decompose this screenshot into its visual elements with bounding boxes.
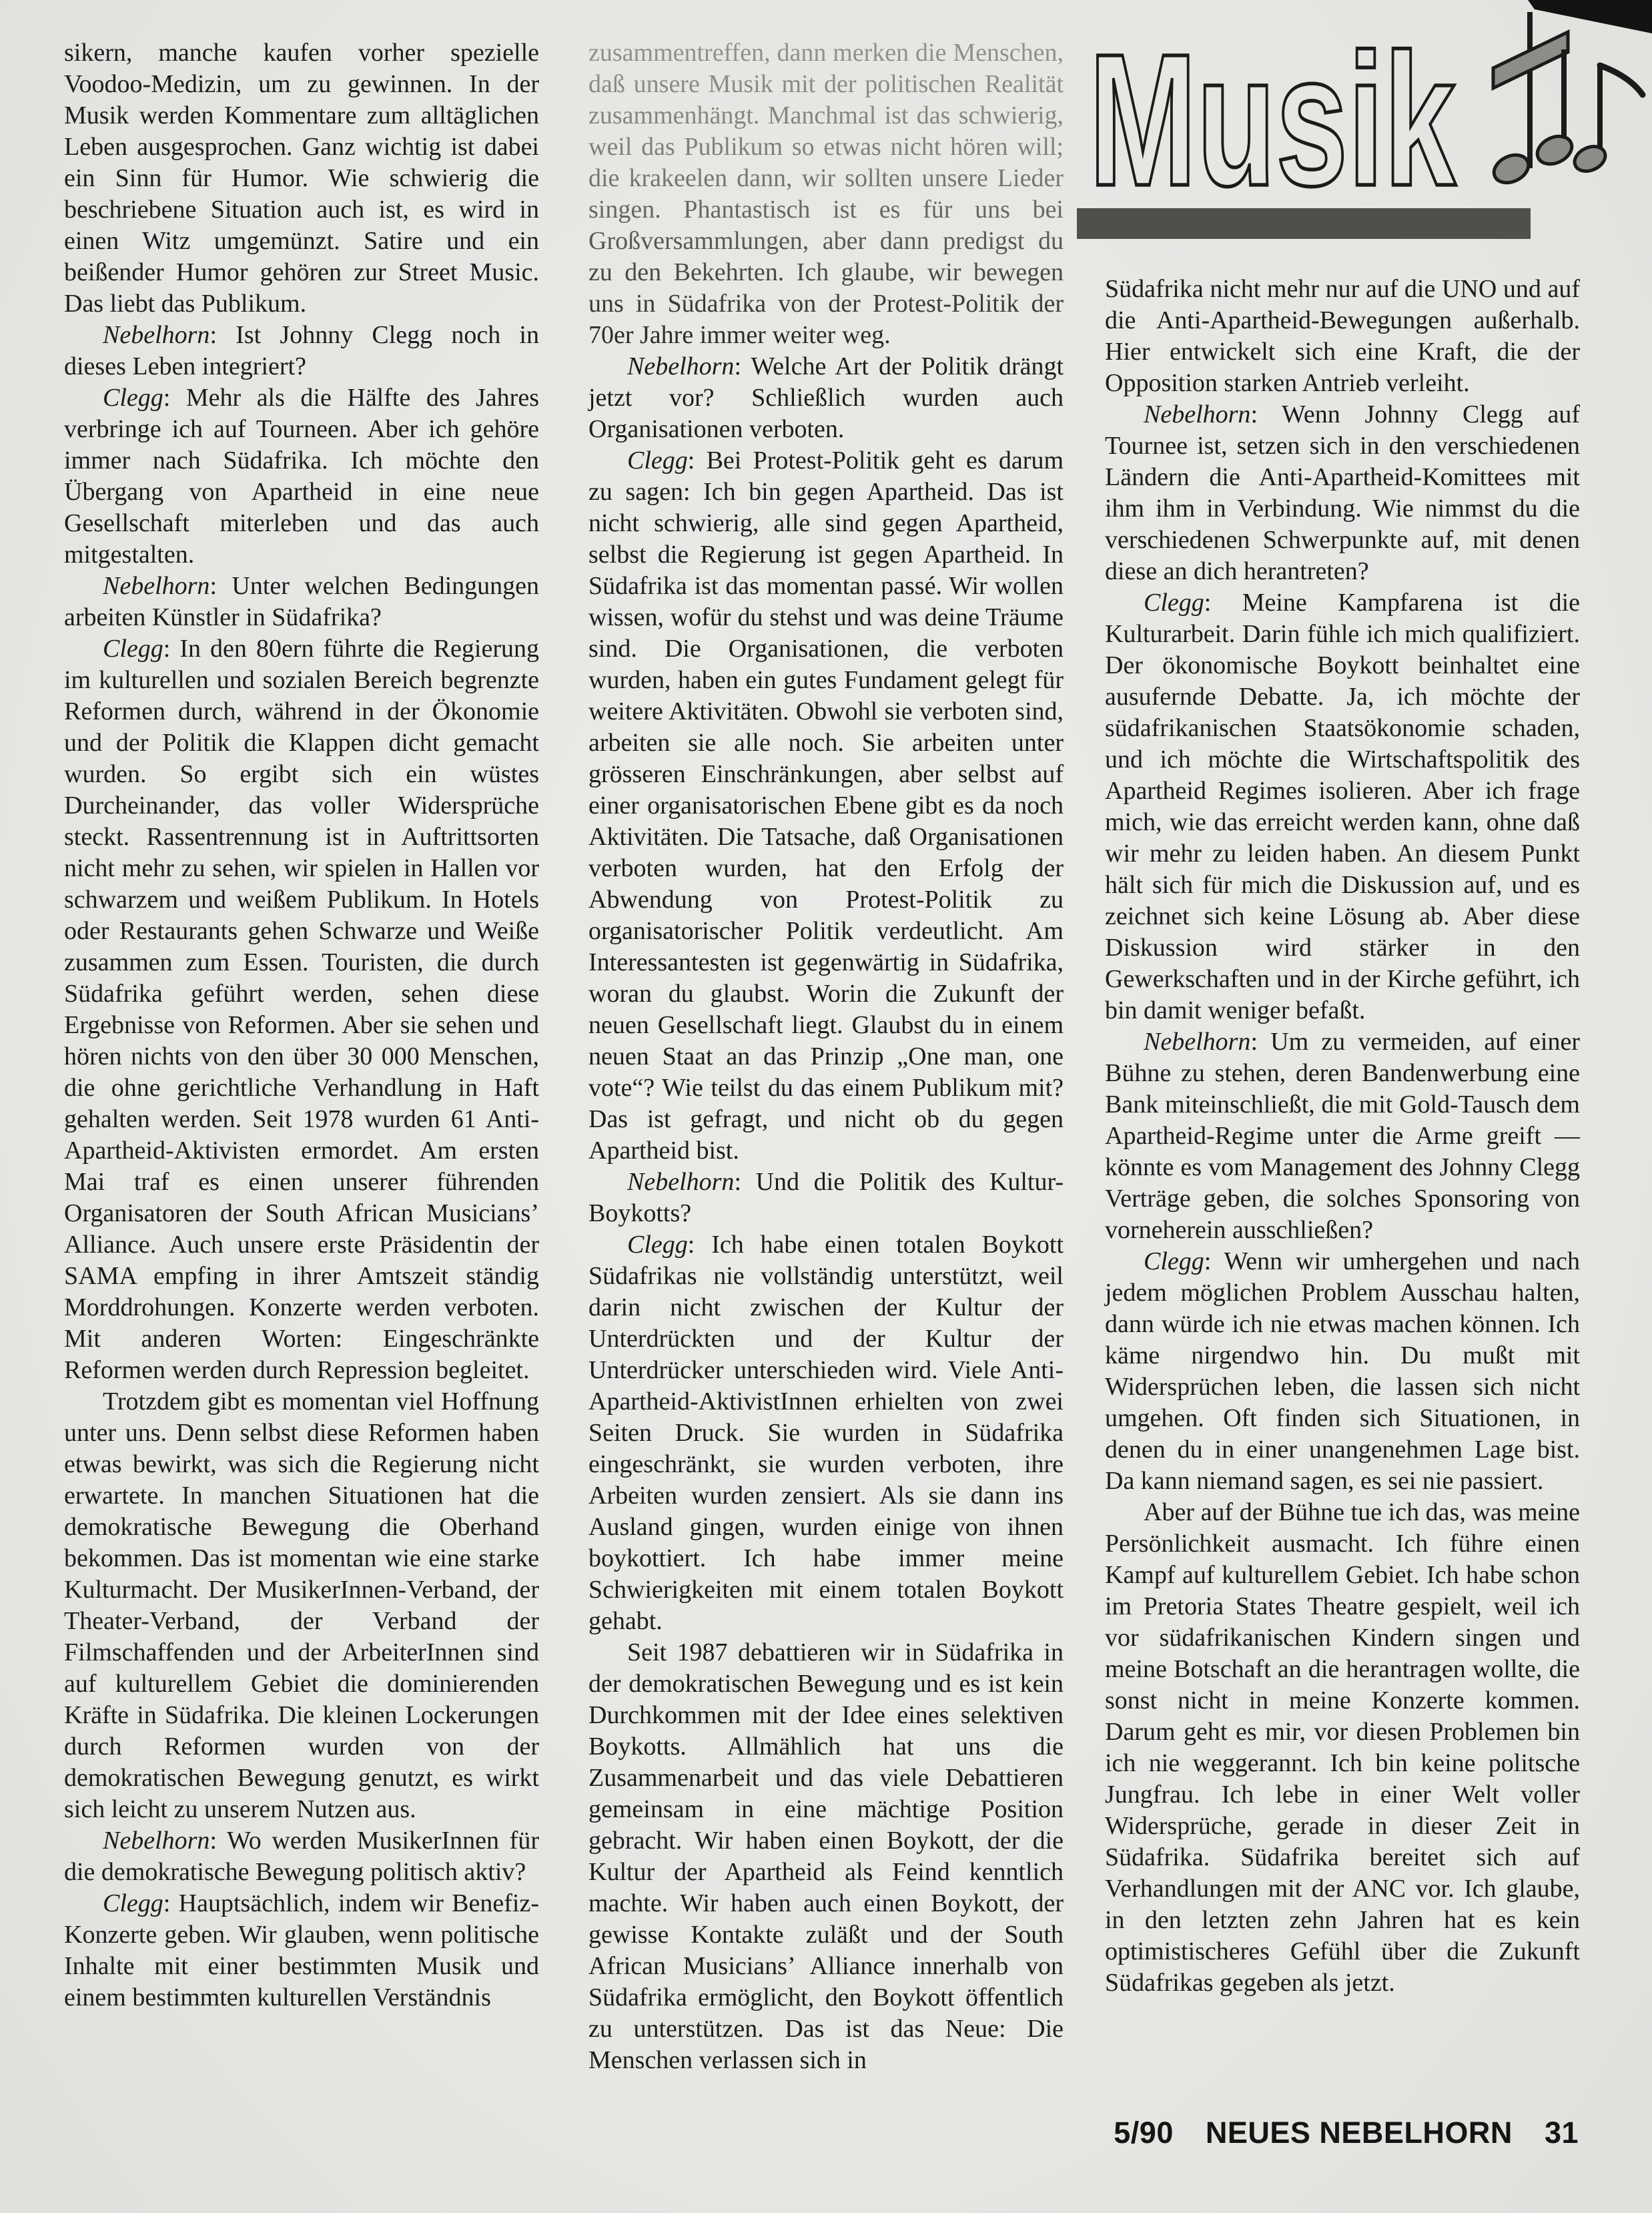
paragraph: zusammentreffen, dann merken die Mensche… (588, 37, 1064, 351)
speaker-name: Clegg (627, 1231, 688, 1259)
corner-decoration-icon (1521, 0, 1652, 40)
speaker-name: Nebelhorn (1144, 400, 1250, 428)
speaker-name: Clegg (1144, 589, 1204, 617)
issue-number: 5/90 (1114, 2116, 1174, 2150)
qa-paragraph: Clegg: In den 80ern führte die Regierung… (64, 633, 539, 1386)
qa-paragraph: Nebelhorn: Um zu vermeiden, auf einer Bü… (1105, 1026, 1580, 1246)
qa-paragraph: Nebelhorn: Wo werden MusikerInnen für di… (64, 1825, 539, 1888)
speaker-name: Clegg (1144, 1247, 1204, 1275)
qa-paragraph: Nebelhorn: Welche Art der Politik drängt… (588, 351, 1064, 445)
speaker-name: Clegg (103, 1889, 163, 1917)
page-number: 31 (1545, 2116, 1579, 2150)
qa-paragraph: Nebelhorn: Wenn Johnny Clegg auf Tournee… (1105, 399, 1580, 587)
speaker-name: Nebelhorn (103, 1827, 210, 1855)
qa-paragraph: Clegg: Ich habe einen totalen Boykott Sü… (588, 1229, 1064, 1637)
paragraph: Trotzdem gibt es momentan viel Hoffnung … (64, 1386, 539, 1825)
paragraph: Seit 1987 debattieren wir in Südafrika i… (588, 1637, 1064, 2076)
qa-paragraph: Nebelhorn: Und die Politik des Kultur-Bo… (588, 1167, 1064, 1229)
header-rule-bar (1077, 208, 1531, 239)
qa-paragraph: Clegg: Meine Kampfarena ist die Kulturar… (1105, 587, 1580, 1026)
interview-column-3: Südafrika nicht mehr nur auf die UNO und… (1105, 274, 1580, 1999)
speaker-name: Nebelhorn (1144, 1028, 1250, 1056)
speaker-name: Nebelhorn (627, 1168, 734, 1196)
interview-column-2: zusammentreffen, dann merken die Mensche… (588, 37, 1064, 2076)
magazine-title: NEUES NEBELHORN (1206, 2116, 1513, 2150)
interview-column-1: sikern, manche kaufen vorher spezielle V… (64, 37, 539, 2013)
page-footer: 5/90 NEUES NEBELHORN 31 (1114, 2116, 1579, 2150)
magazine-page: Musik sikern, manche kaufen vorher spezi… (0, 0, 1652, 2213)
musik-logo-text: Musik (1089, 15, 1457, 225)
qa-paragraph: Nebelhorn: Ist Johnny Clegg noch in dies… (64, 320, 539, 382)
speaker-name: Nebelhorn (103, 321, 210, 349)
speaker-name: Clegg (103, 384, 163, 412)
qa-paragraph: Clegg: Wenn wir umhergehen und nach jede… (1105, 1246, 1580, 1497)
paragraph: sikern, manche kaufen vorher spezielle V… (64, 37, 539, 320)
qa-paragraph: Clegg: Mehr als die Hälfte des Jahres ve… (64, 382, 539, 571)
speaker-name: Nebelhorn (627, 352, 734, 380)
section-header: Musik (1061, 8, 1652, 248)
speaker-name: Clegg (103, 635, 163, 663)
speaker-name: Nebelhorn (103, 572, 210, 600)
paragraph: Aber auf der Bühne tue ich das, was mein… (1105, 1497, 1580, 1999)
speaker-name: Clegg (627, 446, 688, 475)
qa-paragraph: Clegg: Bei Protest-Politik geht es darum… (588, 445, 1064, 1167)
qa-paragraph: Clegg: Hauptsächlich, indem wir Benefiz-… (64, 1888, 539, 2013)
paragraph: Südafrika nicht mehr nur auf die UNO und… (1105, 274, 1580, 399)
qa-paragraph: Nebelhorn: Unter welchen Bedingungen arb… (64, 571, 539, 633)
